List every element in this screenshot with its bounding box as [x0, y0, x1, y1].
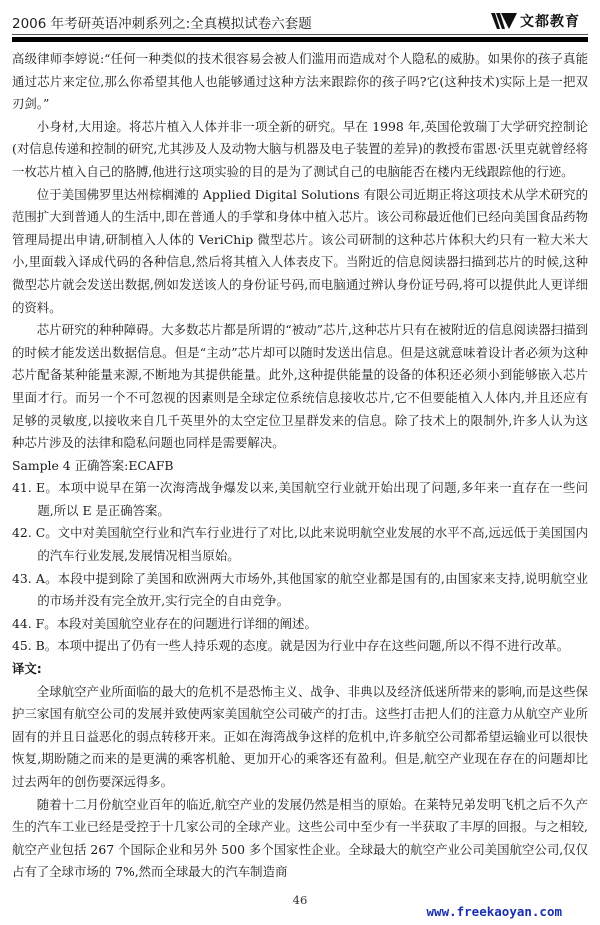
wendu-w-logo-icon [491, 13, 517, 29]
paragraph: 芯片研究的种种障碍。大多数芯片都是所谓的“被动”芯片,这种芯片只有在被附近的信息… [12, 319, 588, 455]
header-rule-thin [12, 34, 588, 35]
translation-heading: 译文: [12, 658, 588, 681]
answer-item: 43. A。本段中提到除了美国和欧洲两大市场外,其他国家的航空业都是国有的,由国… [12, 568, 588, 613]
page-content: 高级律师李婷说:“任何一种类似的技术很容易会被人们滥用而造成对个人隐私的威胁。如… [12, 48, 588, 884]
answer-item: 41. E。本项中说早在第一次海湾战争爆发以来,美国航空行业就开始出现了问题,多… [12, 477, 588, 522]
answer-item: 44. F。本段对美国航空业存在的问题进行详细的阐述。 [12, 613, 588, 636]
translation-paragraph: 全球航空产业所面临的最大的危机不是恐怖主义、战争、非典以及经济低迷所带来的影响,… [12, 681, 588, 794]
paragraph-quote: 高级律师李婷说:“任何一种类似的技术很容易会被人们滥用而造成对个人隐私的威胁。如… [12, 48, 588, 116]
publisher-logo: 文都教育 [491, 11, 580, 31]
logo-text: 文都教育 [520, 11, 580, 31]
page-header: 2006 年考研英语冲刺系列之:全真模拟试卷六套题 文都教育 [12, 6, 588, 40]
watermark-url: www.freekaoyan.com [427, 904, 562, 919]
header-title: 2006 年考研英语冲刺系列之:全真模拟试卷六套题 [12, 12, 312, 32]
answer-item: 45. B。本项中提出了仍有一些人持乐观的态度。就是因为行业中存在这些问题,所以… [12, 635, 588, 658]
translation-paragraph: 随着十二月份航空业百年的临近,航空产业的发展仍然是相当的原始。在莱特兄弟发明飞机… [12, 794, 588, 884]
paragraph: 位于美国佛罗里达州棕榈滩的 Applied Digital Solutions … [12, 184, 588, 320]
paragraph: 小身材,大用途。将芯片植入人体并非一项全新的研究。早在 1998 年,英国伦敦瑞… [12, 116, 588, 184]
header-rule-thick [12, 37, 588, 42]
answer-item: 42. C。文中对美国航空行业和汽车行业进行了对比,以此来说明航空业发展的水平不… [12, 522, 588, 567]
answer-key: Sample 4 正确答案:ECAFB [12, 455, 588, 478]
